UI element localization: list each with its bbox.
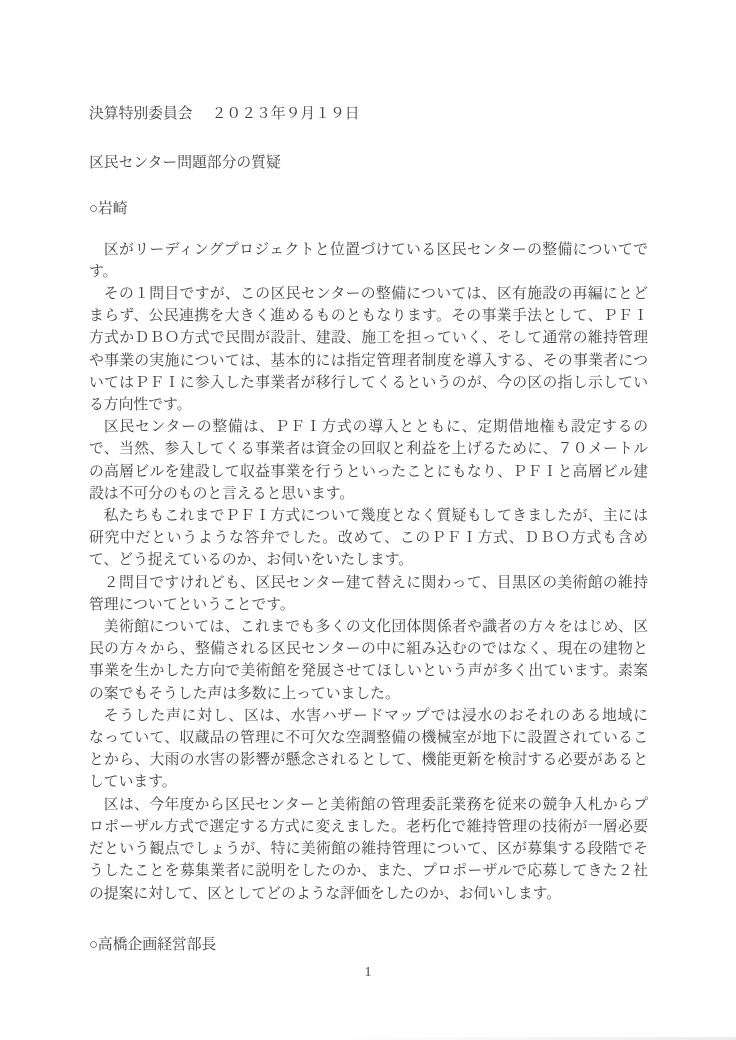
document-header: 決算特別委員会２０２３年９月１９日 [89, 103, 648, 125]
committee-name: 決算特別委員会 [89, 106, 193, 122]
speech-body: 区がリーディングプロジェクトと位置づけている区民センターの整備についてです。 そ… [89, 239, 648, 905]
document-subtitle: 区民センター問題部分の質疑 [89, 152, 648, 174]
body-paragraph: ２問目ですけれども、区民センター建て替えに関わって、目黒区の美術館の維持管理につ… [89, 572, 648, 616]
body-paragraph: そうした声に対し、区は、水害ハザードマップでは浸水のおそれのある地域になっていて… [89, 705, 648, 794]
speaker-label-iwasaki: ○岩崎 [89, 198, 648, 220]
body-paragraph: その１問目ですが、この区民センターの整備については、区有施設の再編にとどまらず、… [89, 283, 648, 416]
scanned-document-page: 決算特別委員会２０２３年９月１９日 区民センター問題部分の質疑 ○岩崎 区がリー… [0, 0, 736, 1040]
body-paragraph: 区がリーディングプロジェクトと位置づけている区民センターの整備についてです。 [89, 239, 648, 283]
body-paragraph: 区は、今年度から区民センターと美術館の管理委託業務を従来の競争入札からプロポーザ… [89, 794, 648, 905]
speaker-label-takahashi: ○高橋企画経営部長 [89, 934, 648, 956]
document-content: 決算特別委員会２０２３年９月１９日 区民センター問題部分の質疑 ○岩崎 区がリー… [89, 103, 648, 956]
meeting-date: ２０２３年９月１９日 [212, 106, 360, 122]
body-paragraph: 美術館については、これまでも多くの文化団体関係者や識者の方々をはじめ、区民の方々… [89, 616, 648, 705]
body-paragraph: 私たちもこれまでＰＦＩ方式について幾度となく質疑もしてきましたが、主には研究中だ… [89, 505, 648, 572]
page-number: 1 [0, 962, 736, 984]
body-paragraph: 区民センターの整備は、ＰＦＩ方式の導入とともに、定期借地権も設定するので、当然、… [89, 416, 648, 505]
